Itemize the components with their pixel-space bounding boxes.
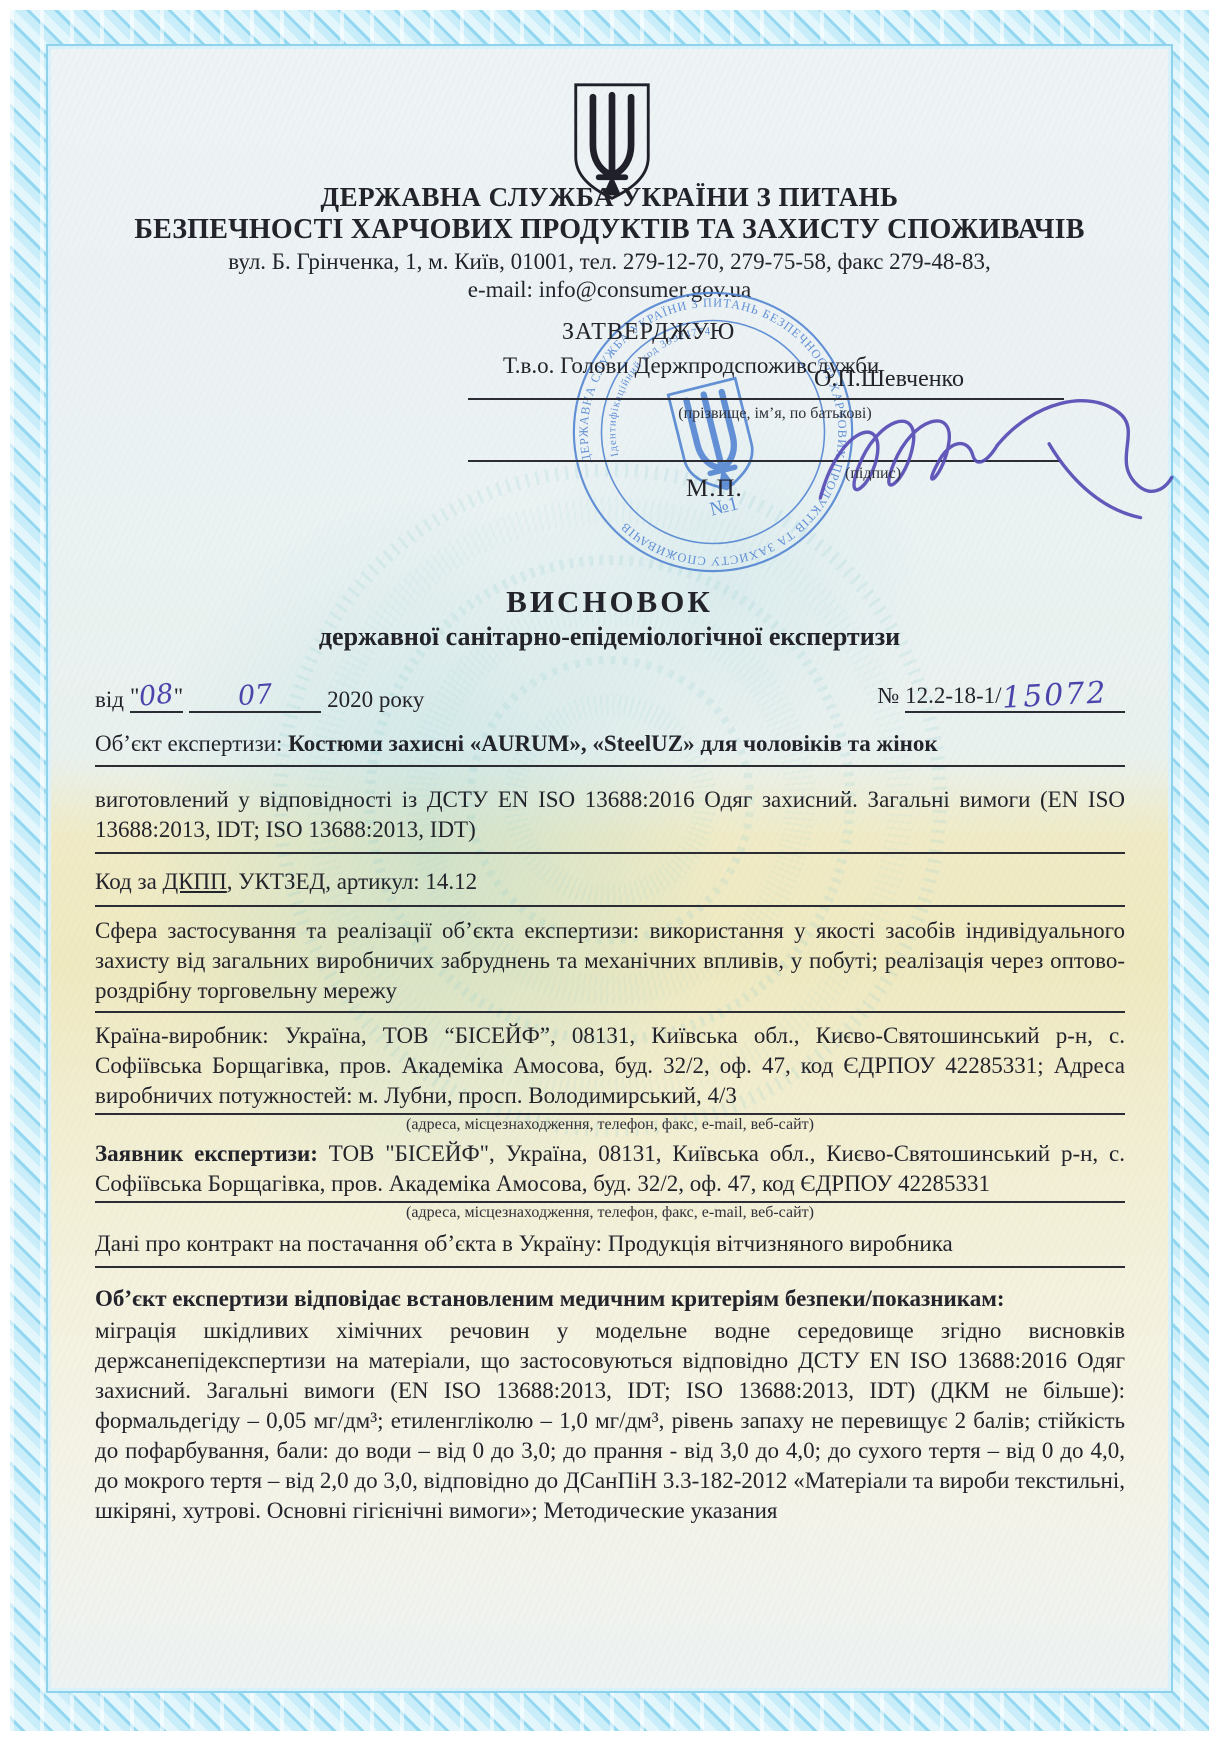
handwritten-signature [800, 378, 1180, 538]
section-manufactured: виготовлений у відповідності із ДСТУ EN … [95, 785, 1125, 854]
code-rest: , УКТЗЕД, артикул: 14.12 [227, 869, 477, 894]
number-printed: 12.2-18-1/ [905, 683, 1001, 708]
code-prefix: Код за [95, 869, 163, 894]
applicant-address-caption: (адреса, місцезнаходження, телефон, факс… [95, 1203, 1125, 1222]
approve-label: ЗАТВЕРДЖУЮ [562, 319, 735, 346]
sign-caption: (підпис) [845, 465, 901, 483]
number-sign: № [877, 683, 899, 708]
code-dkpp: ДКПП [163, 869, 227, 894]
object-label: Об’єкт експертизи: [95, 731, 288, 756]
handwritten-day: 08 [138, 678, 175, 712]
object-value: Костюми захисні «AURUM», «SteelUZ» для ч… [288, 731, 937, 756]
handwritten-month: 07 [237, 679, 273, 712]
number-group: № 12.2-18-1/15072 [877, 676, 1125, 713]
section-producer: Країна-виробник: Україна, ТОВ “БІСЕЙФ”, … [95, 1021, 1125, 1115]
criteria-body: міграція шкідливих хімічних речовин у мо… [95, 1316, 1125, 1526]
number-slot: 12.2-18-1/15072 [905, 676, 1125, 713]
date-number-row: від "08" 07 2020 року № 12.2-18-1/15072 [95, 676, 1125, 713]
date-group: від "08" 07 2020 року [95, 680, 424, 713]
section-scope: Сфера застосування та реалізації об’єкта… [95, 916, 1125, 1013]
document-subtitle: державної санітарно-епідеміологічної екс… [0, 622, 1219, 652]
applicant-label: Заявник експертизи: [95, 1141, 329, 1166]
handwritten-number: 15072 [1001, 675, 1108, 715]
producer-address-caption: (адреса, місцезнаходження, телефон, факс… [95, 1115, 1125, 1134]
section-applicant: Заявник експертизи: ТОВ "БІСЕЙФ", Україн… [95, 1139, 1125, 1203]
date-prefix: від [95, 687, 124, 713]
certificate-page: ДЕРЖАВНА СЛУЖБА УКРАЇНИ З ПИТАНЬ БЕЗПЕЧН… [0, 0, 1219, 1741]
org-name-line1: ДЕРЖАВНА СЛУЖБА УКРАЇНИ З ПИТАНЬ [0, 182, 1219, 213]
quote-close: " [174, 684, 183, 709]
section-code: Код за ДКПП, УКТЗЕД, артикул: 14.12 [95, 867, 1125, 907]
seal-place-label: М.П. [686, 475, 743, 503]
criteria-heading: Об’єкт експертизи відповідає встановлени… [95, 1284, 1125, 1314]
org-address: вул. Б. Грінченка, 1, м. Київ, 01001, те… [0, 249, 1219, 275]
date-year: 2020 року [327, 687, 424, 713]
date-month-slot: 07 [189, 680, 321, 713]
section-contract: Дані про контракт на постачання об’єкта … [95, 1229, 1125, 1268]
document-title: ВИСНОВОК [0, 584, 1219, 620]
document-body: Об’єкт експертизи: Костюми захисні «AURU… [95, 729, 1125, 1526]
org-name-line2: БЕЗПЕЧНОСТІ ХАРЧОВИХ ПРОДУКТІВ ТА ЗАХИСТ… [0, 214, 1219, 246]
section-object: Об’єкт експертизи: Костюми захисні «AURU… [95, 729, 1125, 767]
date-day-slot: "08" [130, 680, 183, 713]
